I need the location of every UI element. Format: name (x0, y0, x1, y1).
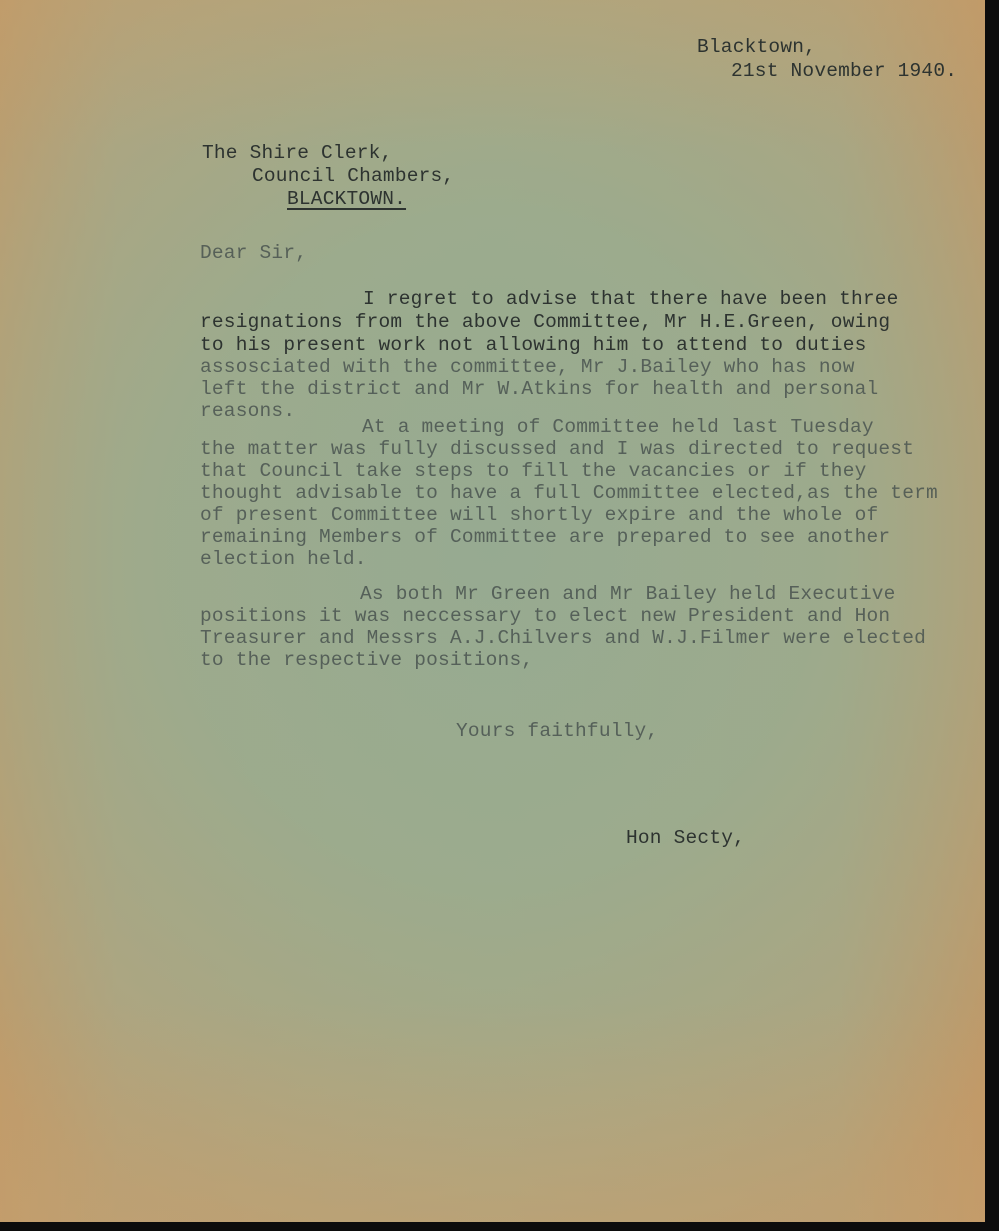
signature-title: Hon Secty, (626, 827, 745, 849)
paragraph-3-line: Treasurer and Messrs A.J.Chilvers and W.… (200, 627, 926, 649)
paragraph-1-line: reasons. (200, 400, 295, 422)
paragraph-1-line: assosciated with the committee, Mr J.Bai… (200, 356, 855, 378)
paragraph-1-line: I regret to advise that there have been … (363, 288, 899, 310)
paragraph-3-line: As both Mr Green and Mr Bailey held Exec… (360, 583, 896, 605)
paragraph-2-line: of present Committee will shortly expire… (200, 504, 878, 526)
letter-page: Blacktown, 21st November 1940. The Shire… (0, 0, 985, 1222)
recipient-line-3: BLACKTOWN. (287, 188, 406, 210)
paragraph-1-line: left the district and Mr W.Atkins for he… (200, 378, 878, 400)
paragraph-1-line: resignations from the above Committee, M… (200, 311, 890, 333)
closing: Yours faithfully, (456, 720, 658, 742)
letter-date: 21st November 1940. (731, 60, 957, 82)
page-edge-tear (985, 588, 993, 606)
letter-place: Blacktown, (697, 36, 816, 58)
paragraph-1-line: to his present work not allowing him to … (200, 334, 867, 356)
paragraph-3-line: positions it was neccessary to elect new… (200, 605, 890, 627)
paragraph-2-line: election held. (200, 548, 367, 570)
paragraph-2-line: At a meeting of Committee held last Tues… (362, 416, 874, 438)
salutation: Dear Sir, (200, 242, 307, 264)
paragraph-2-line: the matter was fully discussed and I was… (200, 438, 914, 460)
recipient-line-1: The Shire Clerk, (202, 142, 392, 164)
paragraph-2-line: thought advisable to have a full Committ… (200, 482, 938, 504)
paragraph-2-line: that Council take steps to fill the vaca… (200, 460, 867, 482)
recipient-line-2: Council Chambers, (252, 165, 454, 187)
paragraph-2-line: remaining Members of Committee are prepa… (200, 526, 890, 548)
paragraph-3-line: to the respective positions, (200, 649, 533, 671)
